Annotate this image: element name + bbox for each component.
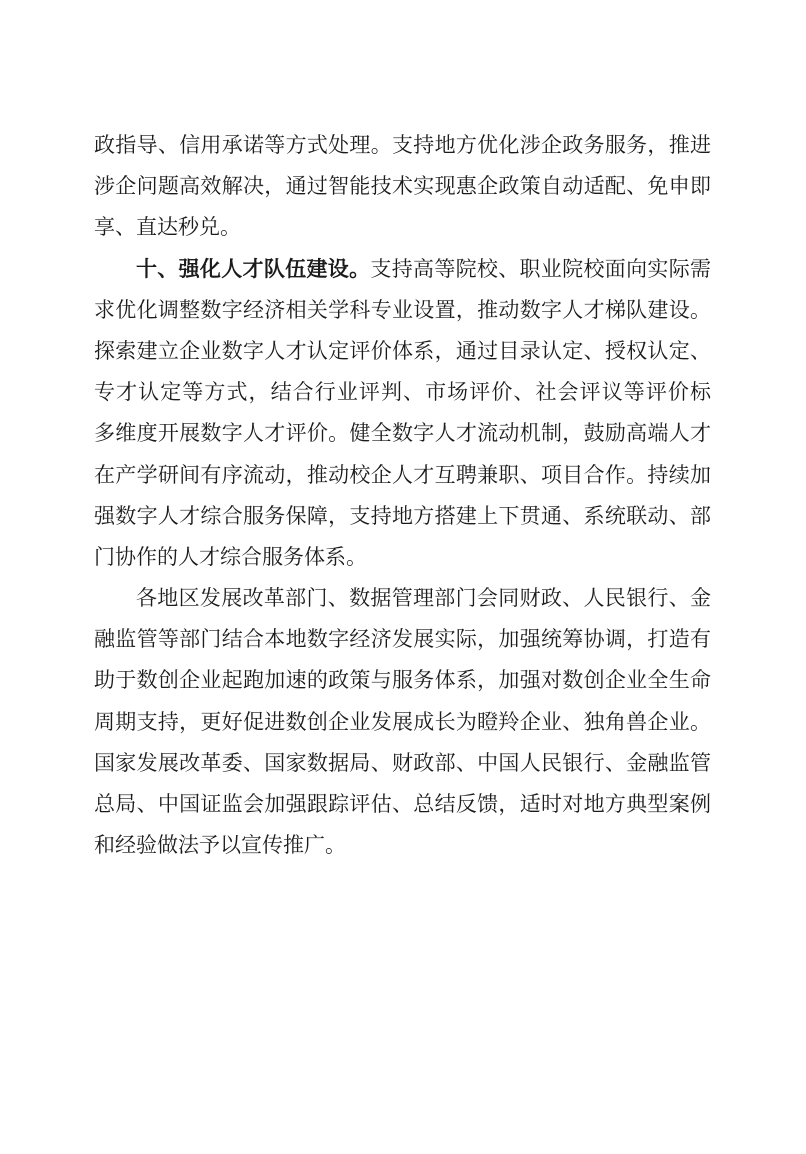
- document-body: 政指导、信用承诺等方式处理。支持地方优化涉企政务服务，推进涉企问题高效解决，通过…: [94, 125, 711, 866]
- text-line: 专才认定等方式，结合行业评判、市场评价、社会评议等评价标准，: [94, 372, 711, 413]
- text-line: 十、强化人才队伍建设。支持高等院校、职业院校面向实际需: [94, 249, 711, 290]
- text-line: 总局、中国证监会加强跟踪评估、总结反馈，适时对地方典型案例: [94, 784, 711, 825]
- text-line: 求优化调整数字经济相关学科专业设置，推动数字人才梯队建设。: [94, 290, 711, 331]
- text-line: 助于数创企业起跑加速的政策与服务体系，加强对数创企业全生命: [94, 660, 711, 701]
- text-line: 融监管等部门结合本地数字经济发展实际，加强统筹协调，打造有: [94, 619, 711, 660]
- text-line: 涉企问题高效解决，通过智能技术实现惠企政策自动适配、免申即: [94, 166, 711, 207]
- text-line: 各地区发展改革部门、数据管理部门会同财政、人民银行、金: [94, 578, 711, 619]
- line-text: 专才认定等方式，结合行业评判、市场评价、社会评议等评价标准，: [94, 380, 711, 413]
- text-line: 和经验做法予以宣传推广。: [94, 825, 711, 866]
- text-line: 享、直达秒兑。: [94, 207, 711, 248]
- line-text: 支持高等院校、职业院校面向实际需: [370, 257, 711, 281]
- line-text: 涉企问题高效解决，通过智能技术实现惠企政策自动适配、免申即: [94, 174, 711, 198]
- text-line: 门协作的人才综合服务体系。: [94, 537, 711, 578]
- line-text: 总局、中国证监会加强跟踪评估、总结反馈，适时对地方典型案例: [94, 792, 711, 816]
- line-text: 政指导、信用承诺等方式处理。支持地方优化涉企政务服务，推进: [94, 133, 711, 157]
- text-line: 周期支持，更好促进数创企业发展成长为瞪羚企业、独角兽企业。: [94, 702, 711, 743]
- line-text: 周期支持，更好促进数创企业发展成长为瞪羚企业、独角兽企业。: [94, 710, 711, 734]
- line-text: 门协作的人才综合服务体系。: [94, 545, 367, 569]
- paragraph: 各地区发展改革部门、数据管理部门会同财政、人民银行、金融监管等部门结合本地数字经…: [94, 578, 711, 866]
- section-heading: 十、强化人才队伍建设。: [136, 258, 370, 281]
- line-text: 享、直达秒兑。: [94, 215, 241, 239]
- line-text: 多维度开展数字人才评价。健全数字人才流动机制，鼓励高端人才: [94, 421, 711, 445]
- line-text: 和经验做法予以宣传推广。: [94, 833, 346, 857]
- paragraph: 政指导、信用承诺等方式处理。支持地方优化涉企政务服务，推进涉企问题高效解决，通过…: [94, 125, 711, 249]
- paragraph: 十、强化人才队伍建设。支持高等院校、职业院校面向实际需求优化调整数字经济相关学科…: [94, 249, 711, 579]
- line-text: 国家发展改革委、国家数据局、财政部、中国人民银行、金融监管: [94, 751, 711, 775]
- line-text: 在产学研间有序流动，推动校企人才互聘兼职、项目合作。持续加: [94, 463, 711, 487]
- text-line: 强数字人才综合服务保障，支持地方搭建上下贯通、系统联动、部: [94, 496, 711, 537]
- text-line: 政指导、信用承诺等方式处理。支持地方优化涉企政务服务，推进: [94, 125, 711, 166]
- line-text: 求优化调整数字经济相关学科专业设置，推动数字人才梯队建设。: [94, 298, 711, 322]
- text-line: 在产学研间有序流动，推动校企人才互聘兼职、项目合作。持续加: [94, 455, 711, 496]
- line-text: 融监管等部门结合本地数字经济发展实际，加强统筹协调，打造有: [94, 627, 711, 651]
- line-text: 助于数创企业起跑加速的政策与服务体系，加强对数创企业全生命: [94, 668, 711, 692]
- text-line: 探索建立企业数字人才认定评价体系，通过目录认定、授权认定、: [94, 331, 711, 372]
- line-text: 各地区发展改革部门、数据管理部门会同财政、人民银行、金: [136, 586, 711, 610]
- text-line: 多维度开展数字人才评价。健全数字人才流动机制，鼓励高端人才: [94, 413, 711, 454]
- document-page: 政指导、信用承诺等方式处理。支持地方优化涉企政务服务，推进涉企问题高效解决，通过…: [0, 0, 806, 1154]
- line-text: 探索建立企业数字人才认定评价体系，通过目录认定、授权认定、: [94, 339, 711, 363]
- line-text: 强数字人才综合服务保障，支持地方搭建上下贯通、系统联动、部: [94, 504, 711, 528]
- text-line: 国家发展改革委、国家数据局、财政部、中国人民银行、金融监管: [94, 743, 711, 784]
